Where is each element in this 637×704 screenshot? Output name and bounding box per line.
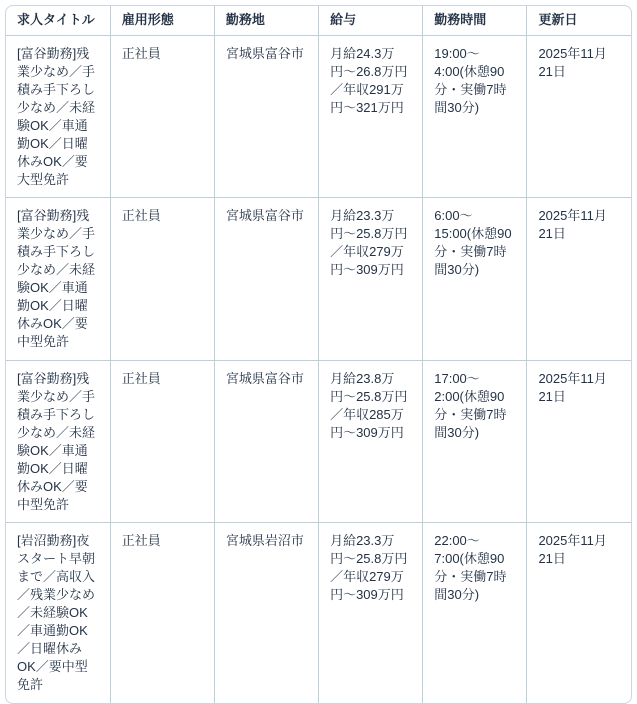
job-listings-table: 求人タイトル 雇用形態 勤務地 給与 勤務時間 更新日 [富谷勤務]残業少なめ／… [6,6,631,703]
work-location-cell: 宮城県富谷市 [214,360,318,523]
work-hours-cell: 17:00〜2:00(休憩90分・実働7時間30分) [423,360,527,523]
employment-type-cell: 正社員 [110,198,214,361]
job-listings-table-container: 求人タイトル 雇用形態 勤務地 給与 勤務時間 更新日 [富谷勤務]残業少なめ／… [5,5,632,704]
salary-cell: 月給23.3万円〜25.8万円／年収279万円〜309万円 [319,198,423,361]
work-location-cell: 宮城県岩沼市 [214,523,318,703]
salary-cell: 月給23.3万円〜25.8万円／年収279万円〜309万円 [319,523,423,703]
work-location-cell: 宮城県富谷市 [214,35,318,198]
column-header-salary: 給与 [319,6,423,35]
updated-date-cell: 2025年11月21日 [527,35,631,198]
updated-date-cell: 2025年11月21日 [527,360,631,523]
salary-cell: 月給23.8万円〜25.8万円／年収285万円〜309万円 [319,360,423,523]
table-row: [岩沼勤務]夜スタート早朝まで／高収入／残業少なめ／未経験OK／車通勤OK／日曜… [6,523,631,703]
work-hours-cell: 19:00〜4:00(休憩90分・実働7時間30分) [423,35,527,198]
employment-type-cell: 正社員 [110,35,214,198]
updated-date-cell: 2025年11月21日 [527,198,631,361]
salary-cell: 月給24.3万円〜26.8万円／年収291万円〜321万円 [319,35,423,198]
job-title-cell: [富谷勤務]残業少なめ／手積み手下ろし少なめ／未経験OK／車通勤OK／日曜休みO… [6,35,110,198]
table-row: [富谷勤務]残業少なめ／手積み手下ろし少なめ／未経験OK／車通勤OK／日曜休みO… [6,35,631,198]
employment-type-cell: 正社員 [110,360,214,523]
column-header-work-location: 勤務地 [214,6,318,35]
table-row: [富谷勤務]残業少なめ／手積み手下ろし少なめ／未経験OK／車通勤OK／日曜休みO… [6,198,631,361]
work-hours-cell: 22:00〜7:00(休憩90分・実働7時間30分) [423,523,527,703]
column-header-employment-type: 雇用形態 [110,6,214,35]
updated-date-cell: 2025年11月21日 [527,523,631,703]
work-hours-cell: 6:00〜15:00(休憩90分・実働7時間30分) [423,198,527,361]
job-title-cell: [富谷勤務]残業少なめ／手積み手下ろし少なめ／未経験OK／車通勤OK／日曜休みO… [6,198,110,361]
column-header-updated-date: 更新日 [527,6,631,35]
column-header-job-title: 求人タイトル [6,6,110,35]
column-header-work-hours: 勤務時間 [423,6,527,35]
job-title-cell: [富谷勤務]残業少なめ／手積み手下ろし少なめ／未経験OK／車通勤OK／日曜休みO… [6,360,110,523]
work-location-cell: 宮城県富谷市 [214,198,318,361]
job-title-cell: [岩沼勤務]夜スタート早朝まで／高収入／残業少なめ／未経験OK／車通勤OK／日曜… [6,523,110,703]
table-row: [富谷勤務]残業少なめ／手積み手下ろし少なめ／未経験OK／車通勤OK／日曜休みO… [6,360,631,523]
employment-type-cell: 正社員 [110,523,214,703]
header-row: 求人タイトル 雇用形態 勤務地 給与 勤務時間 更新日 [6,6,631,35]
job-listings-page: 求人タイトル 雇用形態 勤務地 給与 勤務時間 更新日 [富谷勤務]残業少なめ／… [0,5,637,704]
